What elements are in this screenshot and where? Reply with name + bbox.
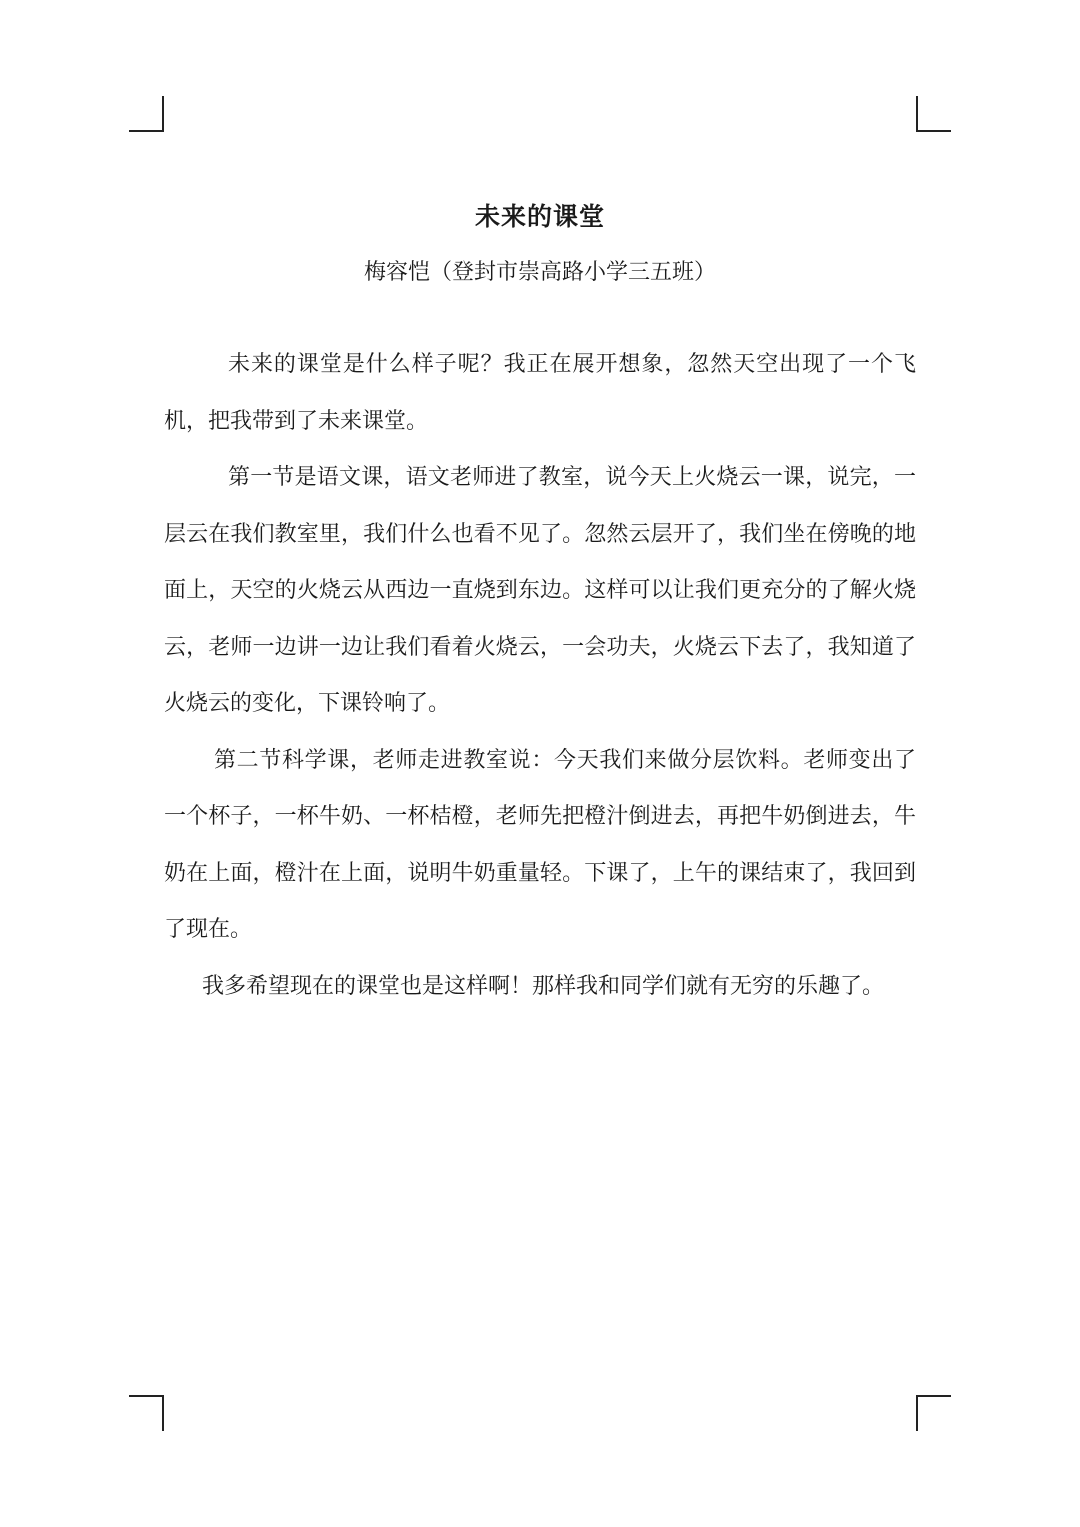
paragraph-3: 第二节科学课，老师走进教室说：今天我们来做分层饮料。老师变出了一个杯子，一杯牛奶… xyxy=(164,733,916,959)
crop-mark-bottom-left-horizontal xyxy=(129,1395,164,1397)
crop-mark-top-right-horizontal xyxy=(916,130,951,132)
document-body: 未来的课堂是什么样子呢？我正在展开想象，忽然天空出现了一个飞机，把我带到了未来课… xyxy=(164,337,916,1015)
document-title: 未来的课堂 xyxy=(0,197,1080,237)
paragraph-2: 第一节是语文课，语文老师进了教室，说今天上火烧云一课，说完，一层云在我们教室里，… xyxy=(164,450,916,733)
crop-mark-bottom-right-horizontal xyxy=(916,1395,951,1397)
paragraph-1: 未来的课堂是什么样子呢？我正在展开想象，忽然天空出现了一个飞机，把我带到了未来课… xyxy=(164,337,916,450)
crop-mark-top-left-horizontal xyxy=(129,130,164,132)
crop-mark-top-left-vertical xyxy=(162,96,164,132)
author-line: 梅容恺（登封市崇高路小学三五班） xyxy=(0,253,1080,293)
crop-mark-top-right-vertical xyxy=(916,96,918,132)
paragraph-4: 我多希望现在的课堂也是这样啊！那样我和同学们就有无穷的乐趣了。 xyxy=(164,959,916,1016)
crop-mark-bottom-right-vertical xyxy=(916,1395,918,1431)
crop-mark-bottom-left-vertical xyxy=(162,1395,164,1431)
